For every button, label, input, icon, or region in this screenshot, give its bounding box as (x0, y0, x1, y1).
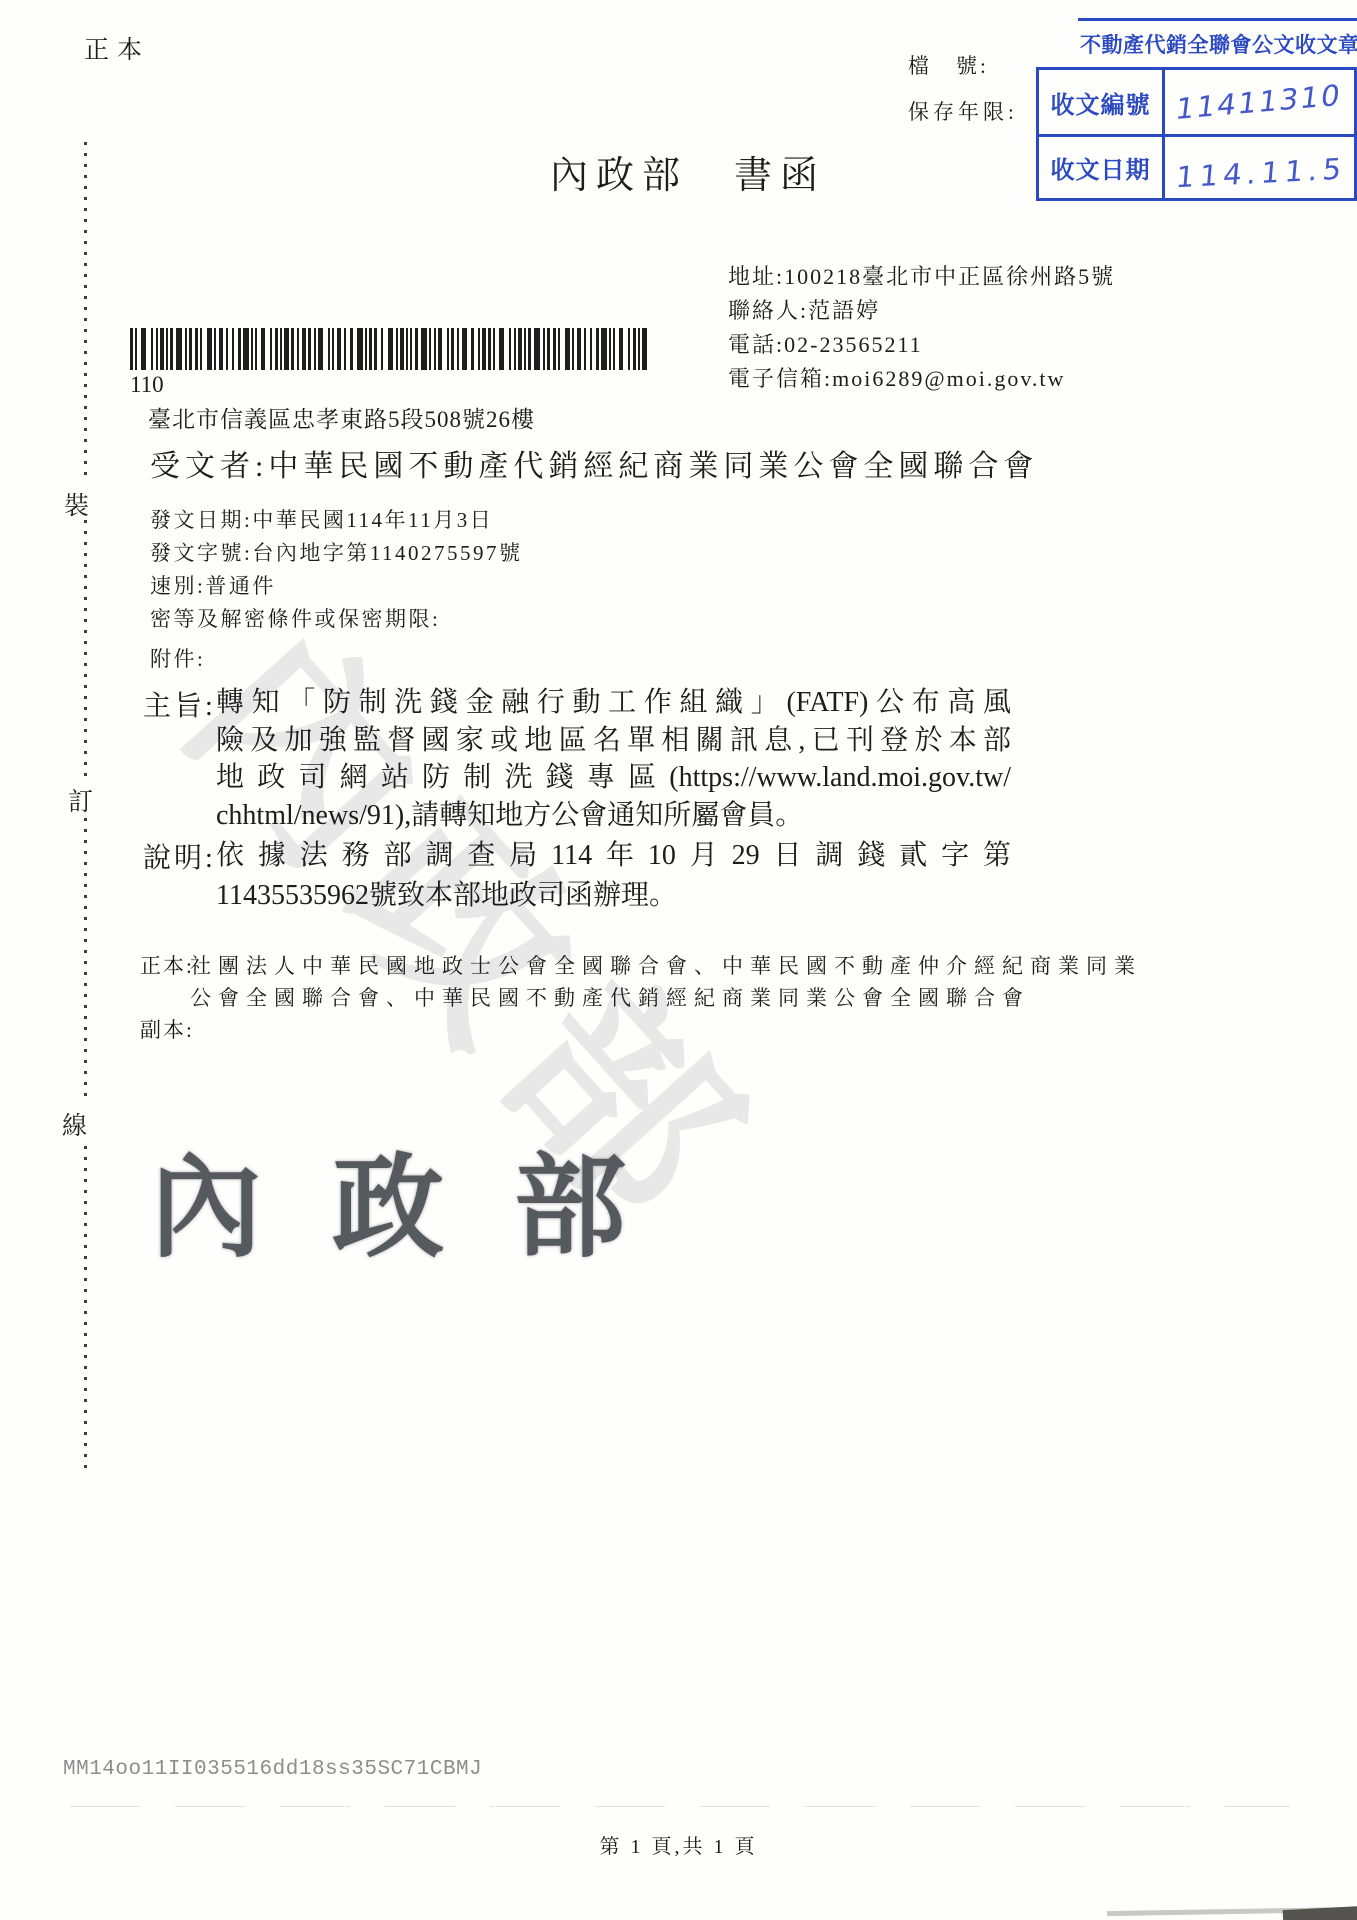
description-body: 依據法務部調查局114年10月29日調錢貳字第 11435535962號致本部地… (216, 836, 1011, 916)
subject-line: 地政司網站防制洗錢專區(https://www.land.moi.gov.tw/ (216, 759, 1011, 797)
priority-line: 速別:普通件 (150, 570, 523, 603)
document-tracking-code: MM14oo11II035516dd18ss35SC71CBMJ (63, 1758, 482, 1781)
sender-contact-line: 聯絡人:范語婷 (728, 294, 1115, 328)
original-copy-line: 公會全國聯合會、中華民國不動產代銷經紀商業同業公會全國聯合會 (190, 982, 1142, 1014)
recipient-line: 受文者:中華民國不動產代銷經紀商業同業公會全國聯合會 (150, 441, 1038, 485)
binding-dotted-line (84, 1146, 87, 1476)
page-number-footer: 第 1 頁,共 1 頁 (0, 1830, 1357, 1859)
subject-line: chhtml/news/91),請轉知地方公會通知所屬會員。 (216, 797, 1011, 835)
receipt-stamp: 不動產代銷全聯會公文收文章 收文編號 11411310 收文日期 114.11.… (1036, 18, 1357, 201)
binding-mark-xian: 線 (62, 1106, 87, 1142)
copy-type-label: 正本 (84, 30, 150, 66)
document-page: 正本 檔 號: 保存年限: 不動產代銷全聯會公文收文章 收文編號 1141131… (0, 0, 1357, 1920)
binding-mark-zhuang: 裝 (64, 486, 89, 522)
sender-address-line: 地址:100218臺北市中正區徐州路5號 (728, 260, 1115, 294)
sender-email-line: 電子信箱:moi6289@moi.gov.tw (728, 362, 1115, 396)
receipt-stamp-table: 收文編號 11411310 收文日期 114.11.5 (1036, 67, 1357, 201)
original-copy-label: 正本: (140, 950, 194, 980)
subject-body: 轉知「防制洗錢金融行動工作組織」(FATF)公布高風 險及加強監督國家或地區名單… (216, 684, 1011, 834)
description-label: 說明: (143, 836, 216, 876)
receipt-row-date: 收文日期 114.11.5 (1039, 134, 1354, 198)
handwritten-receipt-date: 114.11.5 (1175, 141, 1349, 194)
document-title: 內政部 書函 (550, 144, 826, 199)
attachment-line: 附件: (150, 643, 523, 676)
issue-number-line: 發文字號:台內地字第1140275597號 (150, 537, 523, 570)
receipt-number-value: 11411310 (1165, 70, 1354, 134)
subject-label: 主旨: (143, 684, 216, 724)
classification-line: 密等及解密條件或保密期限: (150, 603, 523, 636)
recipient-street-address: 臺北市信義區忠孝東路5段508號26樓 (148, 401, 535, 434)
issue-date-line: 發文日期:中華民國114年11月3日 (150, 504, 523, 537)
receipt-number-label: 收文編號 (1039, 70, 1165, 134)
file-number-label: 檔 號: (908, 50, 989, 80)
handwritten-receipt-number: 11411310 (1174, 78, 1344, 126)
receipt-date-label: 收文日期 (1039, 137, 1165, 198)
original-copy-line: 社團法人中華民國地政士公會全國聯合會、中華民國不動產仲介經紀商業同業 (190, 950, 1142, 982)
binding-mark-ding: 訂 (68, 782, 93, 818)
retention-period-label: 保存年限: (908, 96, 1018, 126)
receipt-stamp-title: 不動產代銷全聯會公文收文章 (1078, 18, 1357, 67)
description-line: 11435535962號致本部地政司函辦理。 (216, 876, 1011, 916)
binding-dotted-line (84, 142, 87, 478)
sender-phone-line: 電話:02-23565211 (728, 328, 1115, 362)
ministry-seal-stamp: 內政部 (150, 1118, 696, 1279)
document-meta-block: 發文日期:中華民國114年11月3日 發文字號:台內地字第1140275597號… (150, 504, 523, 676)
original-copy-recipients: 社團法人中華民國地政士公會全國聯合會、中華民國不動產仲介經紀商業同業 公會全國聯… (190, 950, 1142, 1014)
subject-line: 險及加強監督國家或地區名單相關訊息,已刊登於本部 (216, 722, 1011, 760)
binding-dotted-line (84, 520, 87, 776)
description-line: 依據法務部調查局114年10月29日調錢貳字第 (216, 836, 1011, 876)
barcode (130, 328, 650, 370)
receipt-row-number: 收文編號 11411310 (1039, 70, 1354, 134)
scan-faint-rule (70, 1806, 1290, 1807)
cc-copy-label: 副本: (140, 1014, 194, 1044)
subject-line: 轉知「防制洗錢金融行動工作組織」(FATF)公布高風 (216, 684, 1011, 722)
binding-dotted-line (84, 818, 87, 1100)
sender-contact-block: 地址:100218臺北市中正區徐州路5號 聯絡人:范語婷 電話:02-23565… (728, 260, 1115, 396)
receipt-date-value: 114.11.5 (1165, 137, 1354, 198)
recipient-postal-code: 110 (130, 372, 164, 398)
